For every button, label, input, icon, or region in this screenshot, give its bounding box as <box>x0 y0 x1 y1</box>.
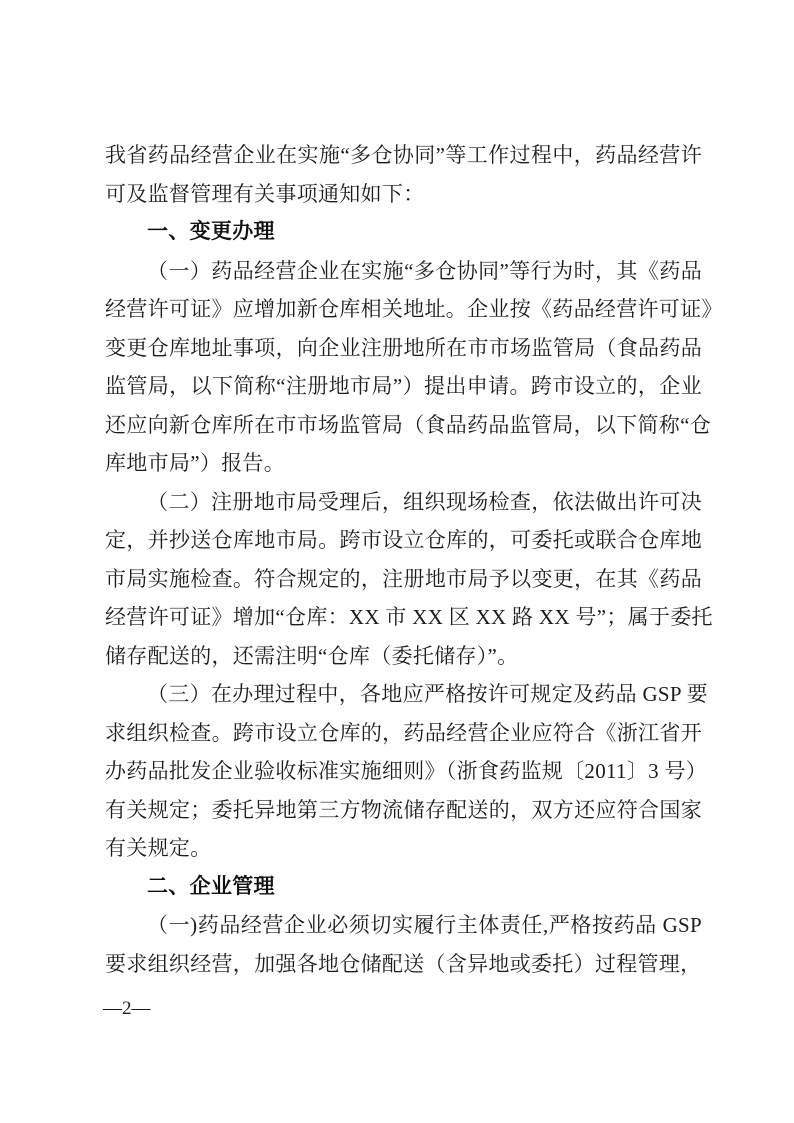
text-line: 监管局，以下简称“注册地市局”）提出申请。跨市设立的，企业 <box>105 367 702 406</box>
text-line: 可及监督管理有关事项通知如下： <box>105 175 702 214</box>
text-line: 办药品批发企业验收标准实施细则》（浙食药监规〔2011〕3 号） <box>105 752 702 791</box>
page-number: —2— <box>103 995 151 1023</box>
paragraph: （二）注册地市局受理后，组织现场检查，依法做出许可决定，并抄送仓库地市局。跨市设… <box>105 483 702 676</box>
text-line: 定，并抄送仓库地市局。跨市设立仓库的，可委托或联合仓库地 <box>105 521 702 560</box>
text-line: （一)药品经营企业必须切实履行主体责任,严格按药品 GSP <box>105 906 702 945</box>
text-line: （二）注册地市局受理后，组织现场检查，依法做出许可决 <box>105 483 702 522</box>
text-line: 市局实施检查。符合规定的，注册地市局予以变更，在其《药品 <box>105 560 702 599</box>
text-line: 求组织检查。跨市设立仓库的，药品经营企业应符合《浙江省开 <box>105 714 702 753</box>
section-heading: 一、变更办理 <box>105 213 702 252</box>
paragraph: （一)药品经营企业必须切实履行主体责任,严格按药品 GSP要求组织经营，加强各地… <box>105 906 702 983</box>
text-line: 还应向新仓库所在市市场监管局（食品药品监管局，以下简称“仓 <box>105 406 702 445</box>
text-line: 储存配送的，还需注明“仓库（委托储存）”。 <box>105 637 702 676</box>
document-page: 我省药品经营企业在实施“多仓协同”等工作过程中，药品经营许可及监督管理有关事项通… <box>0 0 794 1123</box>
text-line: （一）药品经营企业在实施“多仓协同”等行为时，其《药品 <box>105 252 702 291</box>
text-line: 经营许可证》应增加新仓库相关地址。企业按《药品经营许可证》 <box>105 290 702 329</box>
text-line: 有关规定。 <box>105 829 702 868</box>
paragraph: （一）药品经营企业在实施“多仓协同”等行为时，其《药品经营许可证》应增加新仓库相… <box>105 252 702 483</box>
paragraph: （三）在办理过程中，各地应严格按许可规定及药品 GSP 要求组织检查。跨市设立仓… <box>105 675 702 868</box>
text-line: 经营许可证》增加“仓库：XX 市 XX 区 XX 路 XX 号”；属于委托 <box>105 598 702 637</box>
document-body: 我省药品经营企业在实施“多仓协同”等工作过程中，药品经营许可及监督管理有关事项通… <box>105 136 702 983</box>
text-line: 变更仓库地址事项，向企业注册地所在市市场监管局（食品药品 <box>105 329 702 368</box>
text-line: 我省药品经营企业在实施“多仓协同”等工作过程中，药品经营许 <box>105 136 702 175</box>
text-line: 有关规定；委托异地第三方物流储存配送的，双方还应符合国家 <box>105 791 702 830</box>
paragraph: 我省药品经营企业在实施“多仓协同”等工作过程中，药品经营许可及监督管理有关事项通… <box>105 136 702 213</box>
text-line: 要求组织经营，加强各地仓储配送（含异地或委托）过程管理， <box>105 945 702 984</box>
text-line: （三）在办理过程中，各地应严格按许可规定及药品 GSP 要 <box>105 675 702 714</box>
text-line: 库地市局”）报告。 <box>105 444 702 483</box>
section-heading: 二、企业管理 <box>105 868 702 907</box>
